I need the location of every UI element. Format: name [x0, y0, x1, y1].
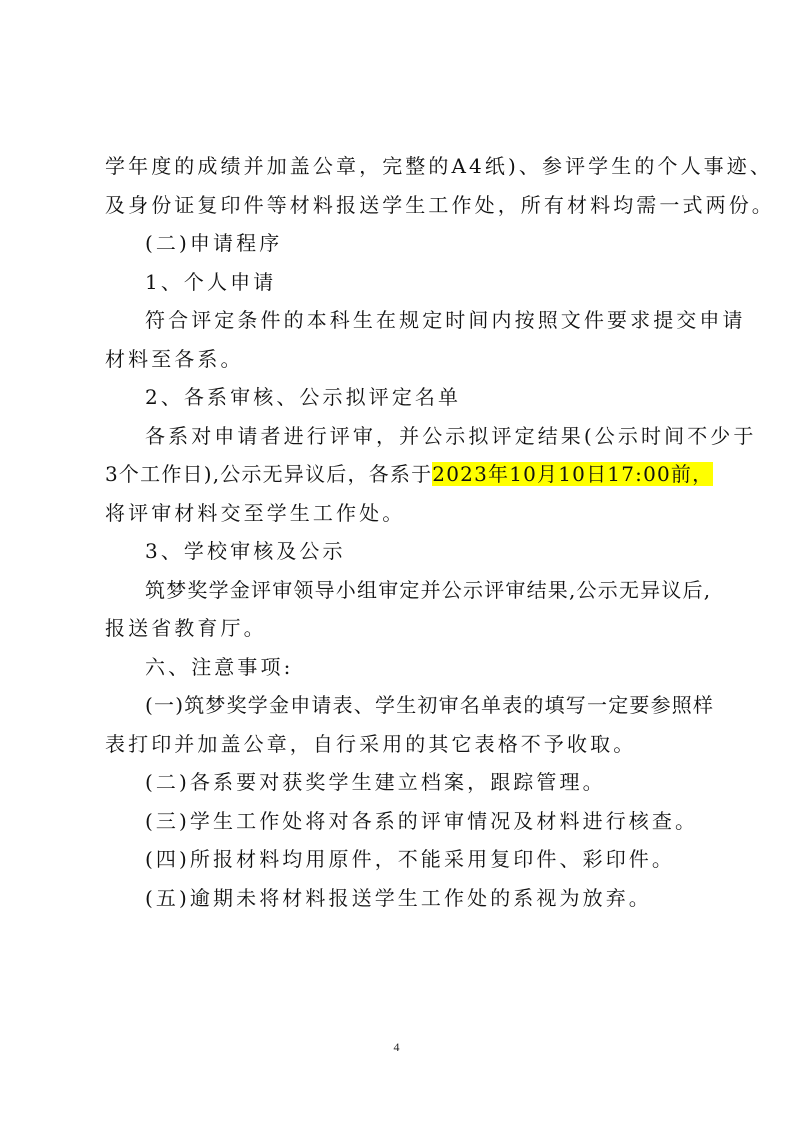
section-heading: (二)申请程序 [105, 224, 697, 263]
paragraph-text: 3个工作日),公示无异议后，各系于 [105, 462, 432, 486]
subsection-heading: 2、各系审核、公示拟评定名单 [105, 378, 697, 417]
paragraph-line: 报送省教育厅。 [105, 609, 697, 648]
paragraph-line: 学年度的成绩并加盖公章，完整的A4纸)、参评学生的个人事迹、 [105, 147, 697, 186]
paragraph-line: 表打印并加盖公章，自行采用的其它表格不予收取。 [105, 725, 697, 764]
paragraph-line: (三)学生工作处将对各系的评审情况及材料进行核查。 [105, 802, 697, 841]
paragraph-line: 及身份证复印件等材料报送学生工作处，所有材料均需一式两份。 [105, 186, 697, 225]
paragraph-line: 材料至各系。 [105, 340, 697, 379]
paragraph-line-with-highlight: 3个工作日),公示无异议后，各系于2023年10月10日17:00前， [105, 455, 697, 494]
paragraph-line: (二)各系要对获奖学生建立档案，跟踪管理。 [105, 763, 697, 802]
document-page: 学年度的成绩并加盖公章，完整的A4纸)、参评学生的个人事迹、 及身份证复印件等材… [0, 0, 793, 1122]
document-body: 学年度的成绩并加盖公章，完整的A4纸)、参评学生的个人事迹、 及身份证复印件等材… [105, 147, 697, 917]
paragraph-line: (五)逾期未将材料报送学生工作处的系视为放弃。 [105, 879, 697, 918]
page-number: 4 [0, 1040, 793, 1055]
subsection-heading: 3、学校审核及公示 [105, 532, 697, 571]
paragraph-line: 将评审材料交至学生工作处。 [105, 494, 697, 533]
section-heading: 六、注意事项: [105, 648, 697, 687]
paragraph-line: 筑梦奖学金评审领导小组审定并公示评审结果,公示无异议后, [105, 571, 697, 610]
subsection-heading: 1、个人申请 [105, 263, 697, 302]
paragraph-line: 符合评定条件的本科生在规定时间内按照文件要求提交申请 [105, 301, 697, 340]
paragraph-line: (四)所报材料均用原件，不能采用复印件、彩印件。 [105, 840, 697, 879]
paragraph-line: (一)筑梦奖学金申请表、学生初审名单表的填写一定要参照样 [105, 686, 697, 725]
highlighted-deadline: 2023年10月10日17:00前， [432, 462, 713, 486]
paragraph-line: 各系对申请者进行评审，并公示拟评定结果(公示时间不少于 [105, 417, 697, 456]
